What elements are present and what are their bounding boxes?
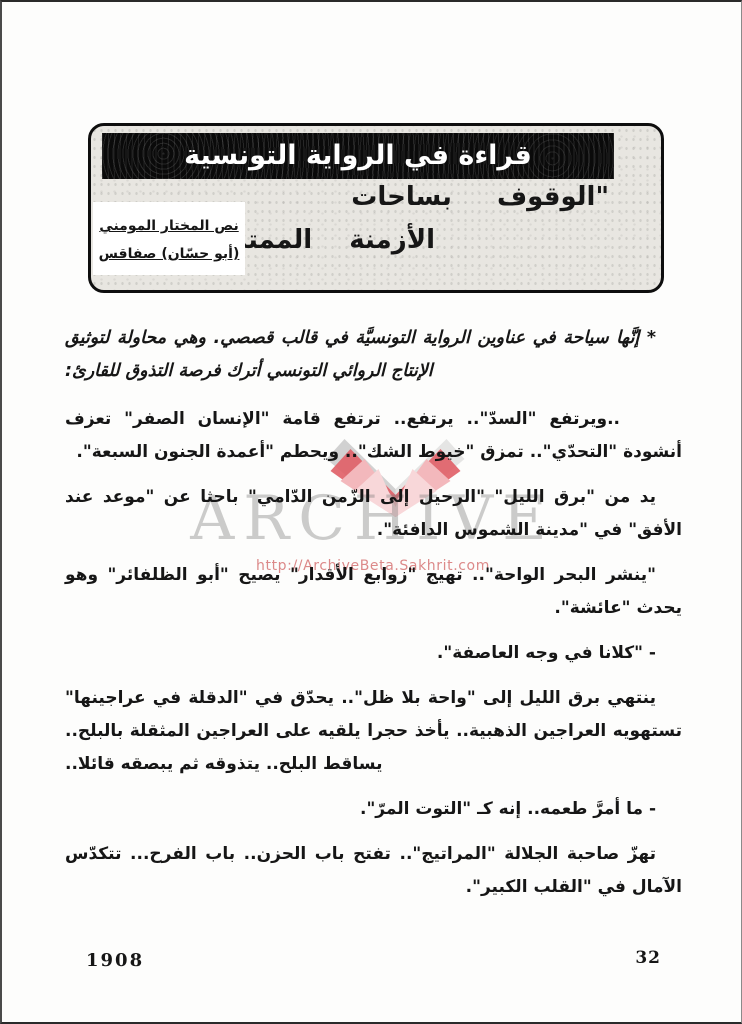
footer-page-number: 32 <box>635 948 661 968</box>
author-line-1: نص المختار المومني <box>93 212 245 240</box>
author-box: نص المختار المومني (أبو حسّان) صفاقس <box>93 202 245 275</box>
section-banner: قراءة في الرواية التونسية <box>102 133 614 179</box>
novel-title-line-1: "الوقوف بساحات <box>351 182 609 212</box>
paragraph-dialogue: - ما أمرَّ طعمه.. إنه كـ "التوت المرّ". <box>65 793 682 826</box>
footer-year: 1908 <box>86 950 144 971</box>
paragraph: ينتهي برق الليل إلى "واحة بلا ظل".. يحدّ… <box>65 682 682 781</box>
body-text: * إنَّها سياحة في عناوين الرواية التونسي… <box>65 322 682 916</box>
paragraph: تهزّ صاحبة الجلالة "المراتيج".. تفتح باب… <box>65 838 682 904</box>
paragraph-intro: * إنَّها سياحة في عناوين الرواية التونسي… <box>65 322 682 388</box>
header-box: قراءة في الرواية التونسية "الوقوف بساحات… <box>88 123 664 293</box>
scanned-document-page: قراءة في الرواية التونسية "الوقوف بساحات… <box>0 0 742 1024</box>
banner-title: قراءة في الرواية التونسية <box>184 140 532 171</box>
author-line-2: (أبو حسّان) صفاقس <box>93 240 245 268</box>
paragraph: ..ويرتفع "السدّ".. يرتفع.. ترتفع قامة "ا… <box>65 403 682 469</box>
novel-title-line-2: الأزمنة الممتدة <box>218 225 435 255</box>
paragraph-dialogue: - "كلانا في وجه العاصفة". <box>65 637 682 670</box>
paragraph: يد من "برق الليل" "الرحيل إلى الزّمن الد… <box>65 481 682 547</box>
paragraph: "ينشر البحر الواحة".. تهيج "زوابع الأقدا… <box>65 559 682 625</box>
